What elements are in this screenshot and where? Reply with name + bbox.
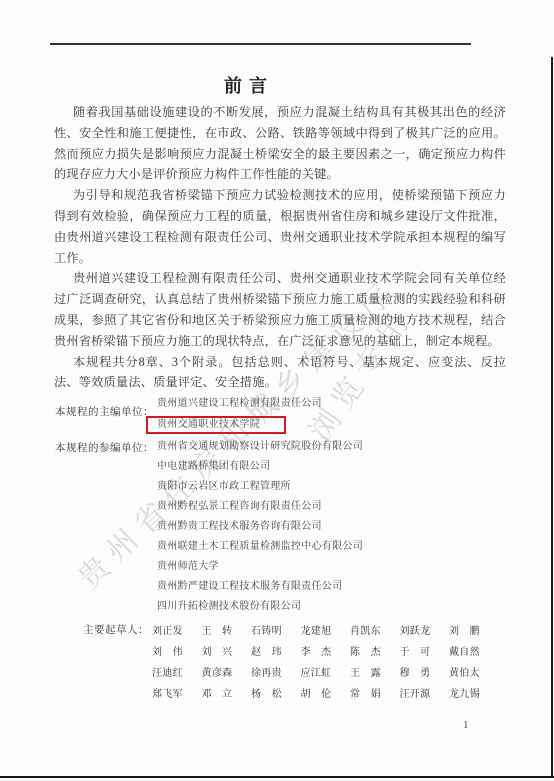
drafter-name: 刘正发 <box>152 621 202 642</box>
participant-unit: 中电建路桥集团有限公司 <box>157 457 515 477</box>
units-section: 本规程的主编单位： 贵州道兴建设工程检测有限责任公司 贵州交通职业技术学院 本规… <box>55 394 515 617</box>
drafter-name: 刘 伟 <box>152 642 202 663</box>
chief-editor-group: 本规程的主编单位： 贵州道兴建设工程检测有限责任公司 贵州交通职业技术学院 <box>55 394 515 434</box>
participant-unit: 贵州黔贵工程技术服务咨询有限公司 <box>157 517 515 537</box>
drafter-name: 石铸明 <box>251 621 301 642</box>
drafter-name: 赵 玮 <box>251 642 301 663</box>
drafter-name: 肖凯东 <box>350 621 400 642</box>
drafter-name: 郑飞军 <box>152 684 202 705</box>
participant-unit: 贵州师范大学 <box>157 557 515 577</box>
participants-label: 本规程的参编单位： <box>55 440 154 455</box>
drafter-name: 王 转 <box>202 621 252 642</box>
drafter-name: 常 娟 <box>350 684 400 705</box>
scan-edge-right <box>551 57 553 778</box>
drafter-name: 李 杰 <box>301 642 351 663</box>
drafter-name: 刘跃龙 <box>400 621 450 642</box>
drafter-name: 于 可 <box>400 642 450 663</box>
drafter-name: 杨 松 <box>251 684 301 705</box>
highlight-box: 贵州交通职业技术学院 <box>146 416 286 434</box>
paragraph: 随着我国基础设施建设的不断发展，预应力混凝土结构具有其极其出色的经济性、安全性和… <box>54 102 506 185</box>
page-title: 前 言 <box>0 72 492 98</box>
drafter-name: 龙九锡 <box>449 684 499 705</box>
document-page: 贵州省住房和城乡建设厅 浏览专用 前 言 随着我国基础设施建设的不断发展，预应力… <box>0 0 554 781</box>
participant-unit: 贵阳市云岩区市政工程管理所 <box>157 477 515 497</box>
chief-unit-highlighted-row: 贵州交通职业技术学院 <box>157 414 515 434</box>
drafter-name: 邓 立 <box>202 684 252 705</box>
paragraph: 为引导和规范我省桥梁锚下预应力试验检测技术的应用，使桥梁预锚下预应力得到有效检验… <box>54 185 506 268</box>
drafter-name: 黄彦森 <box>202 663 252 684</box>
drafters-label: 主要起草人： <box>83 622 149 637</box>
drafter-name: 龙建旭 <box>301 621 351 642</box>
drafters-section: 主要起草人： 刘正发 王 转 石铸明 龙建旭 肖凯东 刘跃龙 刘 鹏 刘 伟 刘… <box>83 621 523 705</box>
chief-editor-label: 本规程的主编单位： <box>55 404 154 419</box>
participant-unit: 贵州黔程弘景工程咨询有限责任公司 <box>157 497 515 517</box>
participant-unit: 贵州省交通规划勘察设计研究院股份有限公司 <box>157 437 515 457</box>
participant-unit: 四川升拓检测技术股份有限公司 <box>157 597 515 617</box>
participant-unit: 贵州黔严建设工程技术服务有限责任公司 <box>157 577 515 597</box>
drafters-row: 郑飞军 邓 立 杨 松 胡 伦 常 娟 汪开源 龙九锡 <box>152 684 523 705</box>
drafter-name: 应江虹 <box>301 663 351 684</box>
drafter-name: 戴自然 <box>449 642 499 663</box>
drafter-name: 胡 伦 <box>301 684 351 705</box>
paragraph: 本规程共分8章、3个附录。包括总则、术语符号、基本规定、应变法、反拉法、等效质量… <box>54 352 506 394</box>
chief-unit: 贵州道兴建设工程检测有限责任公司 <box>157 394 515 414</box>
drafters-row: 汪迪红 黄彦森 徐再贵 应江虹 王 露 穆 勇 黄伯太 <box>152 663 523 684</box>
participants-group: 本规程的参编单位： 贵州省交通规划勘察设计研究院股份有限公司 中电建路桥集团有限… <box>55 437 515 617</box>
drafters-table: 刘正发 王 转 石铸明 龙建旭 肖凯东 刘跃龙 刘 鹏 刘 伟 刘 兴 赵 玮 … <box>152 621 523 705</box>
drafter-name: 刘 兴 <box>202 642 252 663</box>
header-rule <box>50 43 471 45</box>
page-number: 1 <box>463 719 469 731</box>
drafter-name: 穆 勇 <box>400 663 450 684</box>
drafter-name: 徐再贵 <box>251 663 301 684</box>
chief-unit-highlighted: 贵州交通职业技术学院 <box>157 419 260 430</box>
drafter-name: 刘 鹏 <box>449 621 499 642</box>
drafter-name: 陈 杰 <box>350 642 400 663</box>
drafters-row: 刘 伟 刘 兴 赵 玮 李 杰 陈 杰 于 可 戴自然 <box>152 642 523 663</box>
drafter-name: 王 露 <box>350 663 400 684</box>
participant-unit: 贵州联建土木工程质量检测监控中心有限公司 <box>157 537 515 557</box>
drafters-row: 刘正发 王 转 石铸明 龙建旭 肖凯东 刘跃龙 刘 鹏 <box>152 621 523 642</box>
drafter-name: 汪迪红 <box>152 663 202 684</box>
preface-body: 随着我国基础设施建设的不断发展，预应力混凝土结构具有其极其出色的经济性、安全性和… <box>54 102 506 393</box>
paragraph: 贵州道兴建设工程检测有限责任公司、贵州交通职业技术学院会同有关单位经过广泛调查研… <box>54 268 506 351</box>
drafter-name: 黄伯太 <box>449 663 499 684</box>
drafter-name: 汪开源 <box>400 684 450 705</box>
scan-edge-bottom <box>0 776 554 778</box>
